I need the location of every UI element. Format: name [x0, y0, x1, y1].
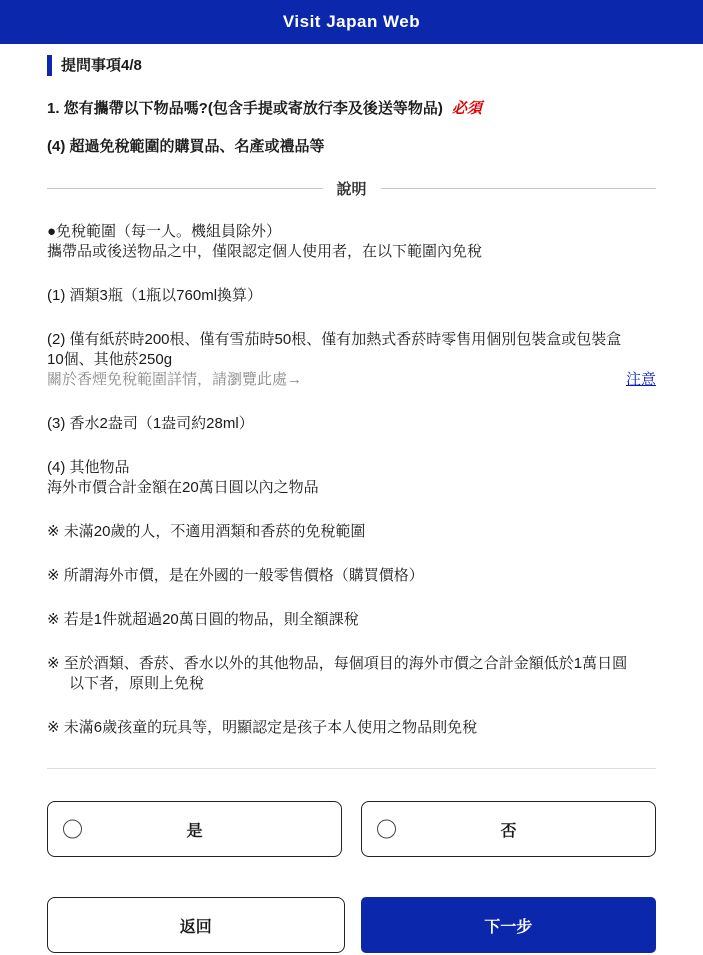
- radio-circle-icon: [63, 820, 82, 839]
- tobacco-note-row: 關於香煙免稅範圍詳情，請瀏覽此處→ 注意: [47, 370, 656, 390]
- required-badge: 必須: [452, 100, 482, 117]
- divider-line: [47, 188, 323, 189]
- question-subtitle: (4) 超過免稅範圍的購買品、名產或禮品等: [47, 137, 656, 157]
- description-line: 海外市價合計金額在20萬日圓以內之物品: [47, 478, 656, 498]
- notice-link[interactable]: 注意: [626, 370, 656, 390]
- next-button[interactable]: 下一步: [361, 897, 657, 953]
- description-line: (2) 僅有紙菸時200根、僅有雪茄時50根、僅有加熱式香菸時零售用個別包裝盒或…: [47, 330, 656, 350]
- description-paragraph: ●免稅範圍（每一人。機組員除外） 攜帶品或後送物品之中，僅限認定個人使用者，在以…: [47, 222, 656, 262]
- radio-option-no[interactable]: 否: [361, 801, 656, 857]
- page-content: 提問事項4/8 1. 您有攜帶以下物品嗎?(包含手提或寄放行李及後送等物品)必須…: [0, 55, 703, 953]
- explanation-divider: 說明: [47, 180, 656, 196]
- description-line: ※ 至於酒類、香菸、香水以外的其他物品，每個項目的海外市價之合計金額低於1萬日圓: [47, 654, 656, 674]
- back-button[interactable]: 返回: [47, 897, 345, 953]
- description-line: ※ 若是1件就超過20萬日圓的物品，則全額課稅: [47, 610, 656, 630]
- description-line: (1) 酒類3瓶（1瓶以760ml換算）: [47, 286, 656, 306]
- description-line: ●免稅範圍（每一人。機組員除外）: [47, 222, 656, 242]
- radio-label-yes: 是: [186, 818, 202, 841]
- tobacco-note-text: 關於香煙免稅範圍詳情，請瀏覽此處→: [47, 370, 302, 390]
- description-line: 以下者，原則上免稅: [47, 674, 656, 694]
- description-line: (4) 其他物品: [47, 458, 656, 478]
- description-paragraph: (4) 其他物品 海外市價合計金額在20萬日圓以內之物品: [47, 458, 656, 498]
- description-paragraph: ※ 至於酒類、香菸、香水以外的其他物品，每個項目的海外市價之合計金額低於1萬日圓…: [47, 654, 656, 694]
- description-paragraph: (1) 酒類3瓶（1瓶以760ml換算）: [47, 286, 656, 306]
- explanation-label: 說明: [337, 178, 367, 199]
- radio-option-yes[interactable]: 是: [47, 801, 342, 857]
- description-line: 攜帶品或後送物品之中，僅限認定個人使用者，在以下範圍內免稅: [47, 242, 656, 262]
- description-paragraph: ※ 未滿6歲孩童的玩具等，明顯認定是孩子本人使用之物品則免稅: [47, 718, 656, 738]
- question-text: 1. 您有攜帶以下物品嗎?(包含手提或寄放行李及後送等物品)必須: [47, 99, 656, 119]
- description-line: (3) 香水2盎司（1盎司約28ml）: [47, 414, 656, 434]
- description-paragraph: ※ 未滿20歲的人，不適用酒類和香菸的免稅範圍: [47, 522, 656, 542]
- description-paragraph: (3) 香水2盎司（1盎司約28ml）: [47, 414, 656, 434]
- divider-line: [381, 188, 657, 189]
- section-title: 提問事項4/8: [47, 55, 656, 76]
- question-label: 1. 您有攜帶以下物品嗎?(包含手提或寄放行李及後送等物品): [47, 100, 443, 117]
- app-header: Visit Japan Web: [0, 0, 703, 44]
- radio-circle-icon: [377, 820, 396, 839]
- description-paragraph: ※ 若是1件就超過20萬日圓的物品，則全額課稅: [47, 610, 656, 630]
- action-buttons: 返回 下一步: [47, 897, 656, 953]
- description-line: ※ 未滿6歲孩童的玩具等，明顯認定是孩子本人使用之物品則免稅: [47, 718, 656, 738]
- radio-label-no: 否: [500, 818, 516, 841]
- content-divider: [47, 768, 656, 769]
- description-line: ※ 未滿20歲的人，不適用酒類和香菸的免稅範圍: [47, 522, 656, 542]
- description-line: 10個、其他菸250g: [47, 350, 656, 370]
- answer-options: 是 否: [47, 801, 656, 857]
- description-line: ※ 所謂海外市價，是在外國的一般零售價格（購買價格）: [47, 566, 656, 586]
- description-paragraph: ※ 所謂海外市價，是在外國的一般零售價格（購買價格）: [47, 566, 656, 586]
- app-title: Visit Japan Web: [283, 12, 420, 32]
- explanation-body: ●免稅範圍（每一人。機組員除外） 攜帶品或後送物品之中，僅限認定個人使用者，在以…: [47, 222, 656, 738]
- description-paragraph: (2) 僅有紙菸時200根、僅有雪茄時50根、僅有加熱式香菸時零售用個別包裝盒或…: [47, 330, 656, 390]
